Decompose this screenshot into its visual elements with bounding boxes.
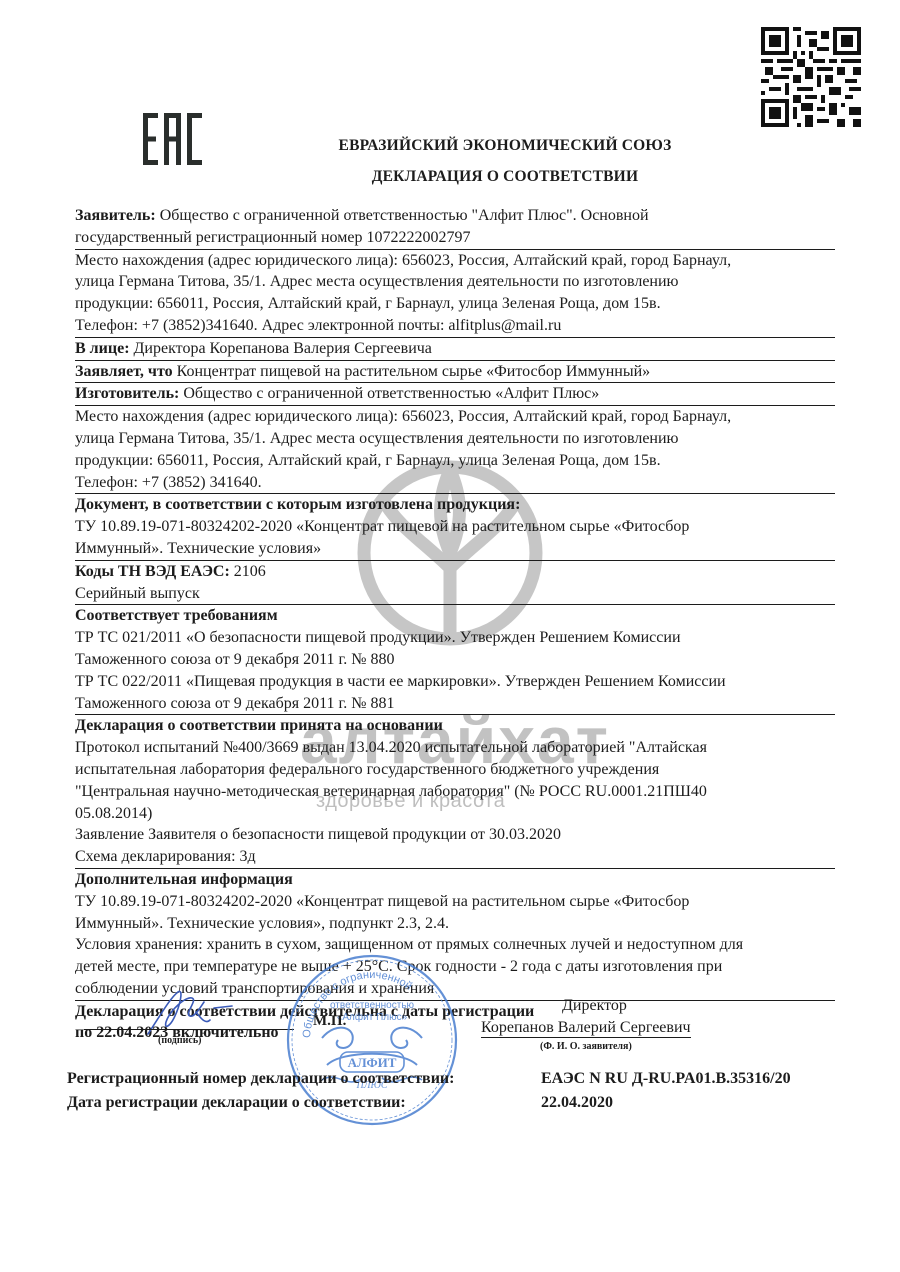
basis-line-4: 05.08.2014) — [75, 803, 835, 825]
basis-label: Декларация о соответствии принята на осн… — [75, 715, 835, 737]
product-name: Концентрат пищевой на растительном сырье… — [173, 363, 651, 380]
manufacturer-label: Изготовитель: — [75, 385, 179, 402]
declares-label: Заявляет, что — [75, 363, 173, 380]
manufacturer-value: Общество с ограниченной ответственностью… — [179, 385, 599, 402]
manufacturer-address-2: улица Германа Титова, 35/1. Адрес места … — [75, 428, 835, 450]
svg-text:«Алфит Плюс»: «Алфит Плюс» — [337, 1011, 408, 1023]
applicant-address-1: Место нахождения (адрес юридического лиц… — [75, 250, 835, 272]
applicant-address-2: улица Германа Титова, 35/1. Адрес места … — [75, 271, 835, 293]
applicant-value: Общество с ограниченной ответственностью… — [156, 207, 649, 224]
applicant-contact: Телефон: +7 (3852)341640. Адрес электрон… — [75, 315, 835, 338]
represented-by-label: В лице: — [75, 340, 130, 357]
manufacturer-address-1: Место нахождения (адрес юридического лиц… — [75, 406, 835, 428]
production-document-line-2: Иммунный». Технические условия» — [75, 538, 835, 561]
signature-caption: (подпись) — [158, 1035, 201, 1046]
svg-text:АЛФИТ: АЛФИТ — [348, 1055, 397, 1070]
basis-line-1: Протокол испытаний №400/3669 выдан 13.04… — [75, 737, 835, 759]
qr-code-icon — [761, 27, 861, 127]
additional-info-line-2: Иммунный». Технические условия», подпунк… — [75, 913, 835, 935]
tn-ved-value: 2106 — [230, 563, 266, 580]
director-caption: (Ф. И. О. заявителя) — [540, 1041, 632, 1052]
applicant-address-3: продукции: 656011, Россия, Алтайский кра… — [75, 293, 835, 315]
stamp-place-mark: М.П. — [313, 1013, 346, 1030]
union-title: ЕВРАЗИЙСКИЙ ЭКОНОМИЧЕСКИЙ СОЮЗ — [55, 137, 900, 155]
signature-line — [84, 1029, 294, 1030]
production-document-line-1: ТУ 10.89.19-071-80324202-2020 «Концентра… — [75, 516, 835, 538]
basis-line-2: испытательная лаборатория федерального г… — [75, 759, 835, 781]
applicant-line-1: Заявитель: Общество с ограниченной ответ… — [75, 205, 835, 227]
applicant-label: Заявитель: — [75, 207, 156, 224]
registration-date-value: 22.04.2020 — [541, 1094, 613, 1112]
manufacturer-address-3: продукции: 656011, Россия, Алтайский кра… — [75, 450, 835, 472]
registration-number-value: ЕАЭС N RU Д-RU.PA01.B.35316/20 — [541, 1070, 791, 1088]
release-type: Серийный выпуск — [75, 583, 835, 606]
declaration-page: ЕВРАЗИЙСКИЙ ЭКОНОМИЧЕСКИЙ СОЮЗ ДЕКЛАРАЦИ… — [0, 0, 900, 1272]
registration-number-label: Регистрационный номер декларации о соотв… — [67, 1070, 454, 1088]
registration-date-label: Дата регистрации декларации о соответств… — [67, 1094, 406, 1112]
declares: Заявляет, что Концентрат пищевой на раст… — [75, 361, 835, 384]
basis-line-3: "Центральная научно-методическая ветерин… — [75, 781, 835, 803]
basis-line-5: Заявление Заявителя о безопасности пищев… — [75, 824, 835, 846]
declaration-body: Заявитель: Общество с ограниченной ответ… — [75, 205, 835, 1044]
represented-by-value: Директора Корепанова Валерия Сергеевича — [130, 340, 432, 357]
document-title: ДЕКЛАРАЦИЯ О СООТВЕТСТВИИ — [55, 168, 900, 186]
tn-ved-codes: Коды ТН ВЭД ЕАЭС: 2106 — [75, 561, 835, 583]
signature-icon — [140, 986, 240, 1038]
manufacturer-phone: Телефон: +7 (3852) 341640. — [75, 472, 835, 495]
basis-line-6: Схема декларирования: 3д — [75, 846, 835, 869]
represented-by: В лице: Директора Корепанова Валерия Сер… — [75, 338, 835, 361]
director-name: Корепанов Валерий Сергеевич — [481, 1018, 691, 1038]
requirement-line-4: Таможенного союза от 9 декабря 2011 г. №… — [75, 693, 835, 716]
additional-info-label: Дополнительная информация — [75, 869, 835, 891]
manufacturer: Изготовитель: Общество с ограниченной от… — [75, 383, 835, 406]
requirement-line-3: ТР ТС 022/2011 «Пищевая продукция в част… — [75, 671, 835, 693]
requirements-label: Соответствует требованиям — [75, 605, 835, 627]
tn-ved-label: Коды ТН ВЭД ЕАЭС: — [75, 563, 230, 580]
svg-text:ответственностью: ответственностью — [330, 1000, 415, 1011]
requirement-line-1: ТР ТС 021/2011 «О безопасности пищевой п… — [75, 627, 835, 649]
applicant-ogrn: государственный регистрационный номер 10… — [75, 227, 835, 250]
additional-info-line-1: ТУ 10.89.19-071-80324202-2020 «Концентра… — [75, 891, 835, 913]
director-title: Директор — [562, 997, 627, 1015]
requirement-line-2: Таможенного союза от 9 декабря 2011 г. №… — [75, 649, 835, 671]
production-document-label: Документ, в соответствии с которым изгот… — [75, 494, 835, 516]
